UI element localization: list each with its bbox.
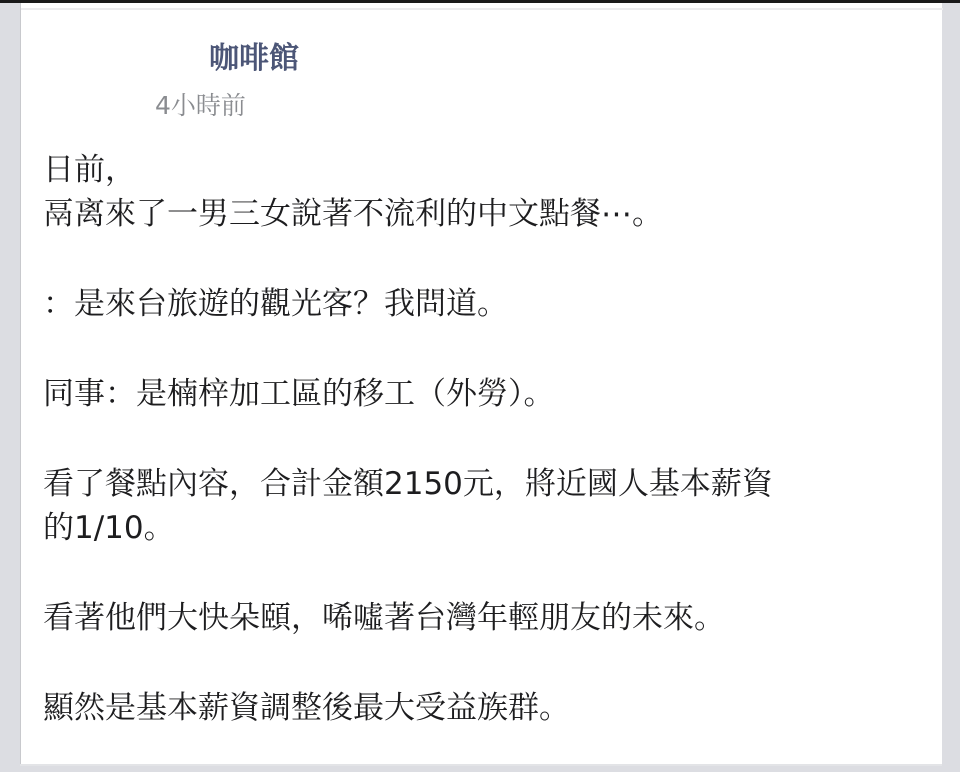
paragraph-gap bbox=[43, 417, 923, 463]
post-paragraph: 日前， 鬲离來了一男三女說著不流利的中文點餐⋯。 bbox=[43, 149, 923, 237]
card-divider-top bbox=[21, 8, 943, 10]
post-paragraph: ：是來台旅遊的觀光客？我問道。 bbox=[43, 283, 923, 327]
card-divider-bottom bbox=[20, 764, 942, 766]
post-line: 看著他們大快朵頤，唏噓著台灣年輕朋友的未來。 bbox=[43, 597, 923, 641]
paragraph-gap bbox=[43, 327, 923, 373]
post-line: ：是來台旅遊的觀光客？我問道。 bbox=[43, 283, 923, 327]
paragraph-gap bbox=[43, 641, 923, 687]
post-line: 鬲离來了一男三女說著不流利的中文點餐⋯。 bbox=[43, 193, 923, 237]
post-line: 看了餐點內容，合計金額2150元，將近國人基本薪資 bbox=[43, 463, 923, 507]
post-paragraph: 同事：是楠梓加工區的移工（外勞）。 bbox=[43, 373, 923, 417]
post-card: 咖啡館 4小時前 日前， 鬲离來了一男三女說著不流利的中文點餐⋯。 ：是來台旅遊… bbox=[20, 3, 942, 765]
post-body: 日前， 鬲离來了一男三女說著不流利的中文點餐⋯。 ：是來台旅遊的觀光客？我問道。… bbox=[43, 149, 923, 731]
post-timestamp[interactable]: 4小時前 bbox=[155, 89, 246, 123]
post-line: 日前， bbox=[43, 149, 923, 193]
post-author-name[interactable]: 咖啡館 bbox=[209, 39, 299, 79]
post-paragraph: 看了餐點內容，合計金額2150元，將近國人基本薪資 的1/10。 bbox=[43, 463, 923, 551]
paragraph-gap bbox=[43, 237, 923, 283]
post-line: 同事：是楠梓加工區的移工（外勞）。 bbox=[43, 373, 923, 417]
right-gutter bbox=[942, 3, 960, 772]
left-gutter bbox=[0, 3, 19, 772]
post-line: 顯然是基本薪資調整後最大受益族群。 bbox=[43, 687, 923, 731]
post-paragraph: 顯然是基本薪資調整後最大受益族群。 bbox=[43, 687, 923, 731]
paragraph-gap bbox=[43, 551, 923, 597]
post-line: 的1/10。 bbox=[43, 507, 923, 551]
post-paragraph: 看著他們大快朵頤，唏噓著台灣年輕朋友的未來。 bbox=[43, 597, 923, 641]
